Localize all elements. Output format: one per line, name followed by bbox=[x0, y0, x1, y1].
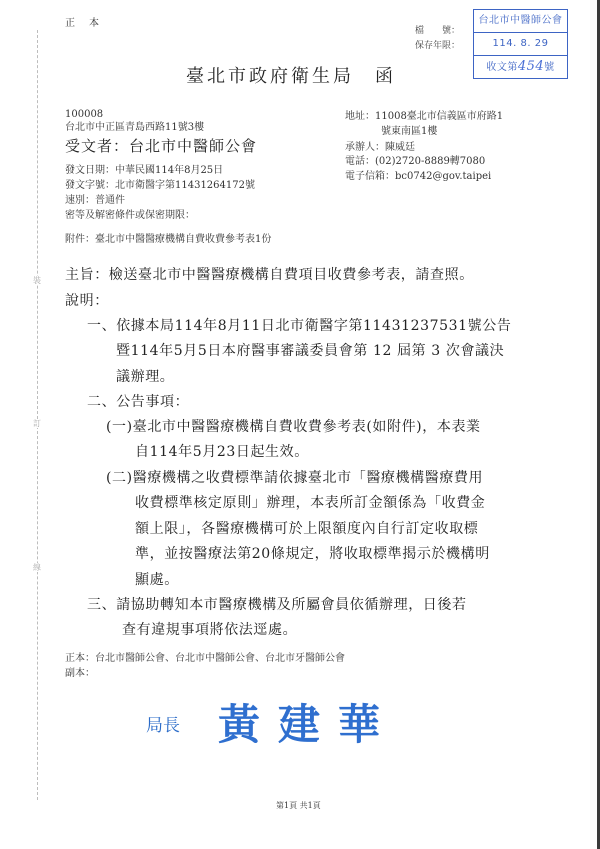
subject: 主旨：檢送臺北市中醫醫療機構自費項目收費參考表，請查照。 bbox=[65, 264, 474, 284]
item-2-heading: 二、公告事項： bbox=[87, 391, 189, 411]
contact-person: 承辦人：陳威廷 bbox=[345, 141, 415, 155]
stamp-date: 114. 8. 29 bbox=[474, 33, 567, 56]
stamp-received: 收文第454號 bbox=[474, 56, 567, 78]
archive-number-label: 檔 號： bbox=[350, 23, 460, 36]
stamp-received-number: 454 bbox=[518, 59, 544, 74]
page-number: 第1頁 共1頁 bbox=[276, 800, 321, 811]
email: 電子信箱：bc0742@gov.taipei bbox=[345, 170, 491, 184]
stamp-received-suffix: 號 bbox=[544, 62, 555, 73]
retention-period-label: 保存年限： bbox=[350, 38, 460, 51]
item-2-sub-1-line-2: 自114年5月23日起生效。 bbox=[135, 441, 309, 461]
postal-code: 100008 bbox=[65, 108, 103, 121]
item-1-line-3: 議辦理。 bbox=[116, 366, 174, 386]
recipient-address: 台北市中正區青島西路11號3樓 bbox=[65, 121, 204, 134]
document-title: 臺北市政府衛生局 函 bbox=[186, 62, 396, 88]
item-2-sub-1-line-1: (一)臺北市中醫醫療機構自費收費參考表(如附件)，本表業 bbox=[106, 416, 481, 436]
item-2-sub-2-line-5: 顯處。 bbox=[135, 569, 179, 589]
document-number: 發文字號：北市衛醫字第11431264172號 bbox=[65, 179, 255, 192]
attachment: 附件：臺北市中醫醫療機構自費收費參考表1份 bbox=[65, 233, 271, 246]
stamp-org: 台北市中醫師公會 bbox=[474, 10, 567, 33]
delivery-speed: 速別：普通件 bbox=[65, 194, 125, 207]
recipient: 受文者：台北市中醫師公會 bbox=[65, 135, 257, 156]
issue-date: 發文日期：中華民國114年8月25日 bbox=[65, 164, 223, 177]
explanation-label: 說明： bbox=[65, 290, 109, 310]
binding-mark-xian: 線 bbox=[33, 563, 41, 572]
item-3-line-2: 查有違規事項將依法逕處。 bbox=[122, 619, 297, 639]
binding-mark-ding: 訂 bbox=[33, 419, 41, 428]
item-1-line-1: 一、依據本局114年8月11日北市衛醫字第11431237531號公告 bbox=[87, 315, 511, 335]
copy-type: 正本 bbox=[65, 14, 113, 29]
original-recipients: 正本：台北市醫師公會、台北市中醫師公會、台北市牙醫師公會 bbox=[65, 652, 345, 665]
receipt-stamp: 台北市中醫師公會 114. 8. 29 收文第454號 bbox=[473, 9, 568, 79]
item-1-line-2: 暨114年5月5日本府醫事審議委員會第 12 屆第 3 次會議決 bbox=[116, 340, 504, 360]
security-level: 密等及解密條件或保密期限： bbox=[65, 209, 195, 222]
signature-name: 黃建華 bbox=[218, 692, 398, 752]
item-3-line-1: 三、請協助轉知本市醫療機構及所屬會員依循辦理，日後若 bbox=[87, 594, 467, 614]
item-2-sub-2-line-2: 收費標準核定原則」辦理，本表所訂金額係為「收費金 bbox=[135, 492, 485, 512]
item-2-sub-2-line-4: 準，並按醫療法第20條規定，將收取標準揭示於機構明 bbox=[135, 543, 490, 563]
signature-title: 局長 bbox=[146, 711, 180, 736]
copy-recipients: 副本： bbox=[65, 667, 95, 680]
item-2-sub-2-line-3: 額上限」，各醫療機構可於上限額度內自行訂定收取標 bbox=[135, 518, 478, 538]
binding-mark-zhuang: 裝 bbox=[33, 276, 41, 285]
stamp-received-prefix: 收文第 bbox=[486, 62, 518, 73]
sender-address-line2: 號東南區1樓 bbox=[381, 125, 437, 139]
phone: 電話：(02)2720-8889轉7080 bbox=[345, 155, 485, 169]
item-2-sub-2-line-1: (二)醫療機構之收費標準請依據臺北市「醫療機構醫療費用 bbox=[106, 467, 483, 487]
binding-line bbox=[37, 30, 38, 800]
sender-address-line1: 地址：11008臺北市信義區市府路1 bbox=[345, 110, 503, 124]
